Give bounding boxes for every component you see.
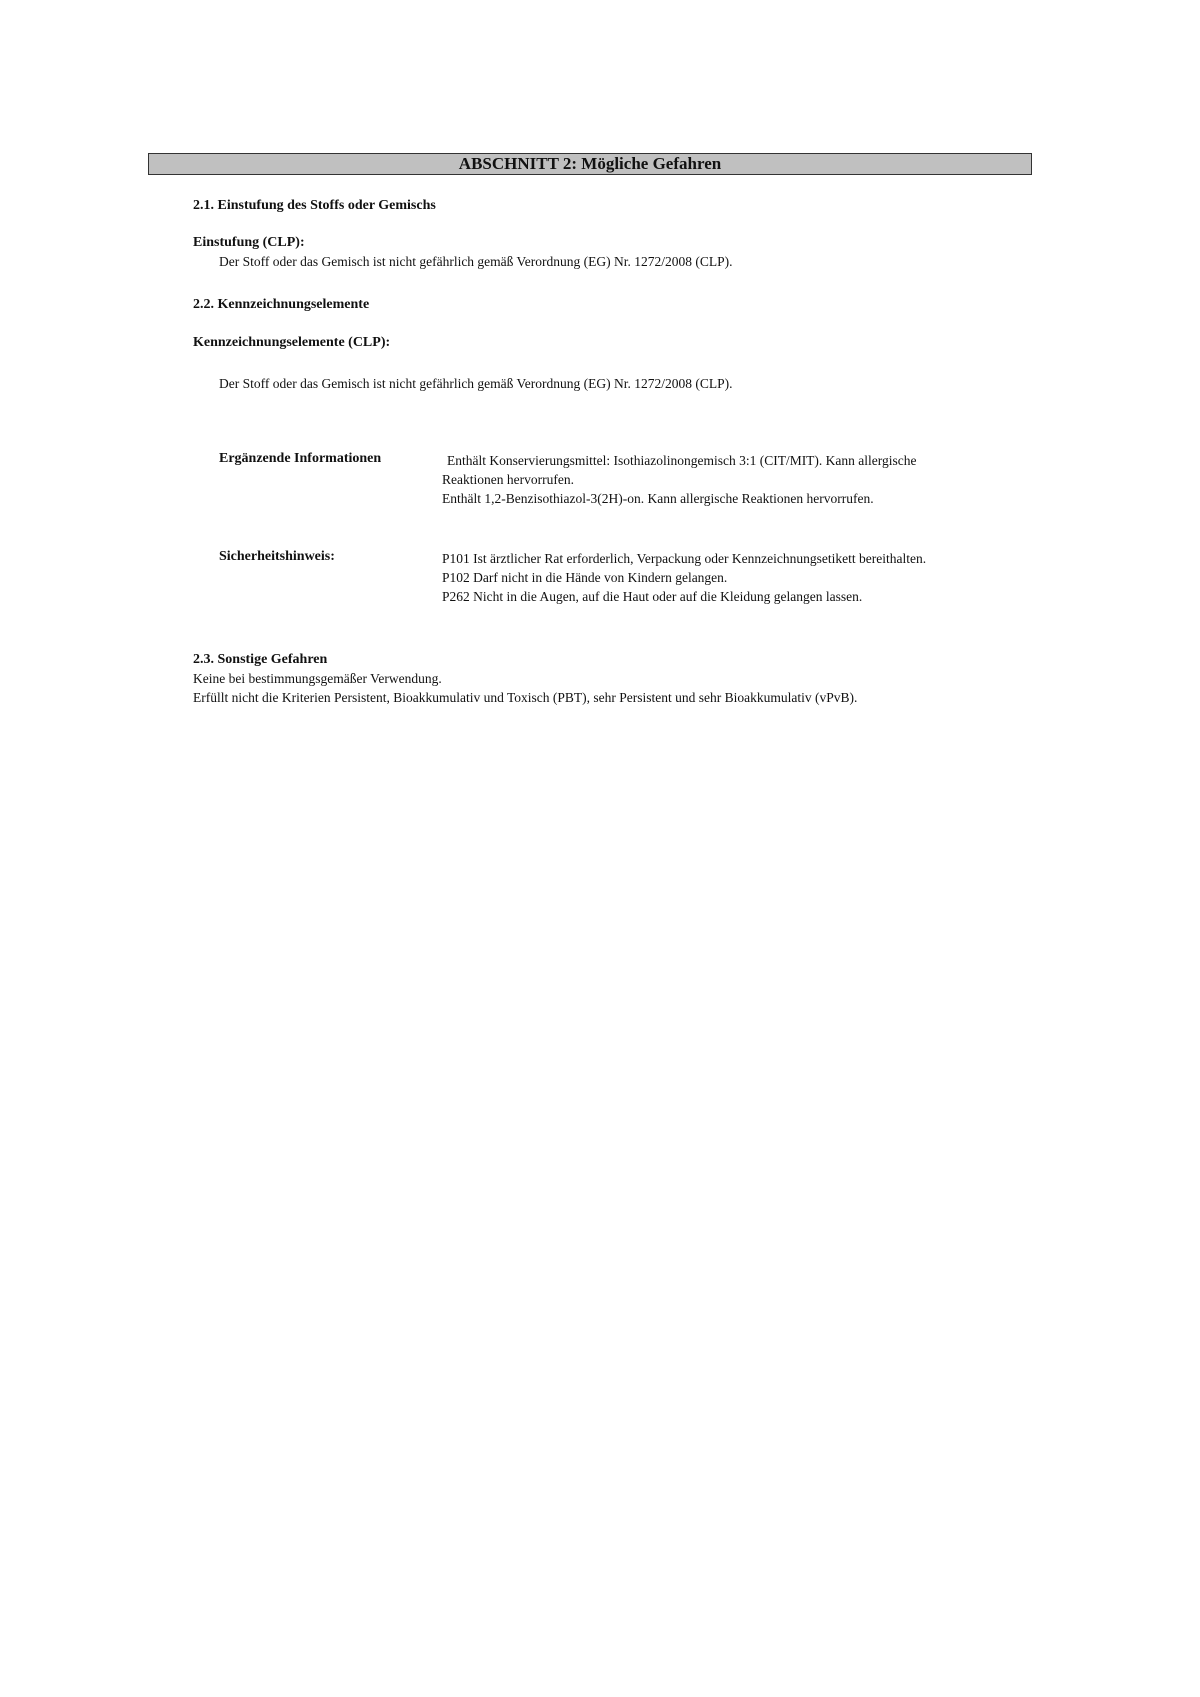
section-title: ABSCHNITT 2: Mögliche Gefahren [459,154,721,173]
s23-text: Keine bei bestimmungsgemäßer Verwendung.… [193,669,857,707]
s23-heading: 2.3. Sonstige Gefahren [193,652,327,668]
s23-line: Erfüllt nicht die Kriterien Persistent, … [193,688,857,707]
s21-text: Der Stoff oder das Gemisch ist nicht gef… [219,254,733,270]
s22-heading: 2.2. Kennzeichnungselemente [193,297,369,313]
s21-subheading: Einstufung (CLP): [193,235,305,251]
safety-statement: P262 Nicht in die Augen, auf die Haut od… [442,587,926,606]
safety-statement: P102 Darf nicht in die Hände von Kindern… [442,568,926,587]
s23-line: Keine bei bestimmungsgemäßer Verwendung. [193,669,857,688]
supplementary-line: Reaktionen hervorrufen. [442,470,917,489]
s22-subheading: Kennzeichnungselemente (CLP): [193,335,390,351]
safety-notice-label: Sicherheitshinweis: [219,549,335,565]
s22-text: Der Stoff oder das Gemisch ist nicht gef… [219,376,733,392]
safety-notice-text: P101 Ist ärztlicher Rat erforderlich, Ve… [442,549,926,606]
section-header: ABSCHNITT 2: Mögliche Gefahren [148,153,1032,175]
s21-heading: 2.1. Einstufung des Stoffs oder Gemischs [193,198,436,214]
supplementary-line: Enthält 1,2-Benzisothiazol-3(2H)-on. Kan… [442,489,917,508]
supplementary-info-label: Ergänzende Informationen [219,451,381,467]
safety-statement: P101 Ist ärztlicher Rat erforderlich, Ve… [442,549,926,568]
supplementary-line: Enthält Konservierungsmittel: Isothiazol… [442,451,917,470]
supplementary-info-text: Enthält Konservierungsmittel: Isothiazol… [442,451,917,508]
